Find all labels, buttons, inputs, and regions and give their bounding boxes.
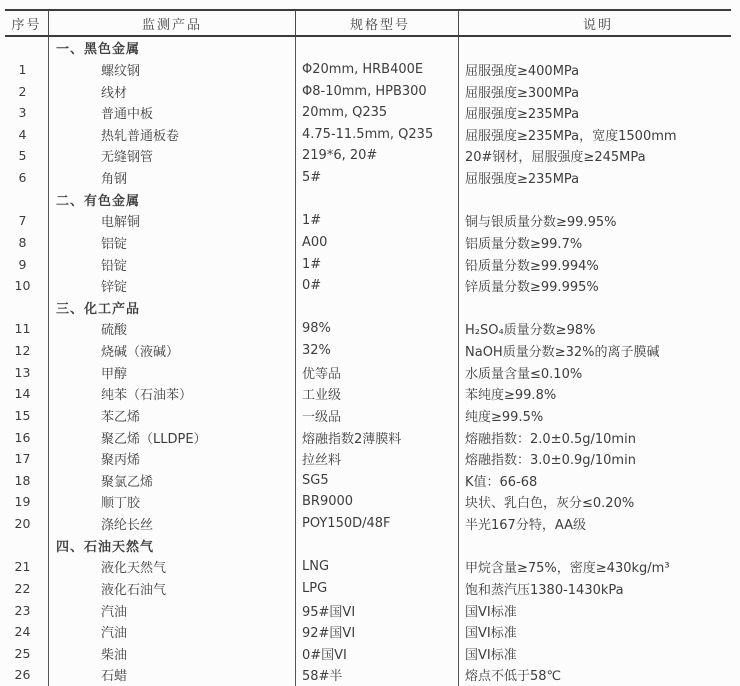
cell-no: 13 <box>5 361 48 383</box>
section-row: 三、化工产品 <box>5 297 731 319</box>
cell-empty <box>295 37 458 59</box>
cell-product: 柴油 <box>48 643 295 665</box>
cell-desc: NaOH质量分数≥32%的离子膜碱 <box>458 340 731 362</box>
section-title: 四、石油天然气 <box>48 534 295 556</box>
cell-spec: 拉丝料 <box>295 448 458 470</box>
cell-product: 聚氯乙烯 <box>48 470 295 492</box>
cell-product: 无缝钢管 <box>48 145 295 167</box>
table-row: 4热轧普通板卷4.75-11.5mm, Q235屈服强度≥235MPa，宽度15… <box>5 124 731 146</box>
table-row: 23汽油95#国VI国VI标准 <box>5 599 731 621</box>
cell-empty <box>295 188 458 210</box>
cell-product: 角钢 <box>48 167 295 189</box>
section-row: 二、有色金属 <box>5 188 731 210</box>
cell-spec: 一级品 <box>295 405 458 427</box>
cell-desc: 熔融指数：2.0±0.5g/10min <box>458 426 731 448</box>
cell-spec: POY150D/48F <box>295 513 458 535</box>
cell-product: 液化天然气 <box>48 556 295 578</box>
table-row: 10锌锭0#锌质量分数≥99.995% <box>5 275 731 297</box>
cell-empty <box>458 297 731 319</box>
cell-empty <box>458 37 731 59</box>
table-row: 20涤纶长丝POY150D/48F半光167分特，AA级 <box>5 513 731 535</box>
cell-empty <box>458 188 731 210</box>
table-row: 22液化石油气LPG饱和蒸汽压1380-1430kPa <box>5 578 731 600</box>
table-row: 9铅锭1#铅质量分数≥99.994% <box>5 253 731 275</box>
cell-desc: 块状、乳白色，灰分≤0.20% <box>458 491 731 513</box>
cell-empty <box>5 297 48 319</box>
cell-empty <box>295 534 458 556</box>
cell-spec: 20mm, Q235 <box>295 102 458 124</box>
cell-no: 26 <box>5 664 48 682</box>
table-row: 26石蜡58#半熔点不低于58℃ <box>5 664 731 682</box>
cell-spec: LPG <box>295 578 458 600</box>
cell-desc: 铅质量分数≥99.994% <box>458 253 731 275</box>
cell-spec: 58#半 <box>295 664 458 682</box>
section-title: 二、有色金属 <box>48 188 295 210</box>
cell-desc: 国VI标准 <box>458 599 731 621</box>
cell-product: 汽油 <box>48 621 295 643</box>
cell-desc: 国VI标准 <box>458 643 731 665</box>
section-row: 四、石油天然气 <box>5 534 731 556</box>
cell-product: 电解铜 <box>48 210 295 232</box>
cell-no: 20 <box>5 513 48 535</box>
cell-no: 17 <box>5 448 48 470</box>
cell-spec: Φ20mm, HRB400E <box>295 59 458 81</box>
cell-desc: 屈服强度≥235MPa，宽度1500mm <box>458 124 731 146</box>
cell-spec: SG5 <box>295 470 458 492</box>
cell-spec: 优等品 <box>295 361 458 383</box>
table-row: 7电解铜1#铜与银质量分数≥99.95% <box>5 210 731 232</box>
table-row: 1螺纹钢Φ20mm, HRB400E屈服强度≥400MPa <box>5 59 731 81</box>
cell-product: 硫酸 <box>48 318 295 340</box>
cell-empty <box>295 297 458 319</box>
cell-product: 涤纶长丝 <box>48 513 295 535</box>
cell-product: 热轧普通板卷 <box>48 124 295 146</box>
table-header-row: 序号 监测产品 规格型号 说明 <box>5 9 731 37</box>
cell-no: 7 <box>5 210 48 232</box>
cell-desc: 苯纯度≥99.8% <box>458 383 731 405</box>
table-row: 21液化天然气LNG甲烷含量≥75%，密度≥430kg/m³ <box>5 556 731 578</box>
cell-product: 聚丙烯 <box>48 448 295 470</box>
cell-desc: 饱和蒸汽压1380-1430kPa <box>458 578 731 600</box>
cell-no: 14 <box>5 383 48 405</box>
table-row: 13甲醇优等品水质量含量≤0.10% <box>5 361 731 383</box>
cell-spec: A00 <box>295 232 458 254</box>
cell-desc: 屈服强度≥235MPa <box>458 102 731 124</box>
cell-empty <box>458 534 731 556</box>
cell-desc: H₂SO₄质量分数≥98% <box>458 318 731 340</box>
cell-desc: 半光167分特，AA级 <box>458 513 731 535</box>
cell-no: 15 <box>5 405 48 427</box>
cell-desc: 甲烷含量≥75%，密度≥430kg/m³ <box>458 556 731 578</box>
cell-spec: 1# <box>295 210 458 232</box>
section-row: 一、黑色金属 <box>5 37 731 59</box>
cell-no: 8 <box>5 232 48 254</box>
cell-no: 2 <box>5 80 48 102</box>
cell-no: 24 <box>5 621 48 643</box>
cell-desc: 锌质量分数≥99.995% <box>458 275 731 297</box>
cell-no: 22 <box>5 578 48 600</box>
cell-spec: 0#国VI <box>295 643 458 665</box>
cell-spec: 0# <box>295 275 458 297</box>
cell-no: 19 <box>5 491 48 513</box>
cell-no: 3 <box>5 102 48 124</box>
table-row: 14纯苯（石油苯）工业级苯纯度≥99.8% <box>5 383 731 405</box>
cell-no: 23 <box>5 599 48 621</box>
cell-spec: 5# <box>295 167 458 189</box>
cell-desc: 屈服强度≥235MPa <box>458 167 731 189</box>
cell-desc: 铝质量分数≥99.7% <box>458 232 731 254</box>
cell-product: 烧碱（液碱） <box>48 340 295 362</box>
table-row: 15苯乙烯一级品纯度≥99.5% <box>5 405 731 427</box>
cell-desc: 屈服强度≥300MPa <box>458 80 731 102</box>
table-row: 6角钢5#屈服强度≥235MPa <box>5 167 731 189</box>
cell-spec: 1# <box>295 253 458 275</box>
cell-desc: 熔点不低于58℃ <box>458 664 731 682</box>
cell-spec: BR9000 <box>295 491 458 513</box>
cell-product: 线材 <box>48 80 295 102</box>
cell-desc: 国VI标准 <box>458 621 731 643</box>
scanned-document-page: 序号 监测产品 规格型号 说明 一、黑色金属1螺纹钢Φ20mm, HRB400E… <box>0 0 740 682</box>
cell-desc: K值：66-68 <box>458 470 731 492</box>
cell-product: 锌锭 <box>48 275 295 297</box>
cell-no: 16 <box>5 426 48 448</box>
cell-empty <box>5 534 48 556</box>
table-row: 19顺丁胶BR9000块状、乳白色，灰分≤0.20% <box>5 491 731 513</box>
cell-no: 12 <box>5 340 48 362</box>
cell-no: 4 <box>5 124 48 146</box>
cell-desc: 水质量含量≤0.10% <box>458 361 731 383</box>
cell-product: 甲醇 <box>48 361 295 383</box>
cell-no: 11 <box>5 318 48 340</box>
table-row: 3普通中板20mm, Q235屈服强度≥235MPa <box>5 102 731 124</box>
section-title: 三、化工产品 <box>48 297 295 319</box>
cell-spec: 工业级 <box>295 383 458 405</box>
cell-product: 螺纹钢 <box>48 59 295 81</box>
cell-no: 18 <box>5 470 48 492</box>
cell-product: 铝锭 <box>48 232 295 254</box>
monitored-products-table: 序号 监测产品 规格型号 说明 一、黑色金属1螺纹钢Φ20mm, HRB400E… <box>5 9 731 682</box>
cell-spec: LNG <box>295 556 458 578</box>
cell-no: 25 <box>5 643 48 665</box>
cell-spec: 32% <box>295 340 458 362</box>
cell-product: 液化石油气 <box>48 578 295 600</box>
table-row: 2线材Φ8-10mm, HPB300屈服强度≥300MPa <box>5 80 731 102</box>
cell-spec: 92#国VI <box>295 621 458 643</box>
cell-desc: 屈服强度≥400MPa <box>458 59 731 81</box>
cell-spec: 98% <box>295 318 458 340</box>
cell-product: 铅锭 <box>48 253 295 275</box>
cell-product: 聚乙烯（LLDPE） <box>48 426 295 448</box>
header-serial-no: 序号 <box>5 11 48 35</box>
cell-product: 纯苯（石油苯） <box>48 383 295 405</box>
cell-desc: 铜与银质量分数≥99.95% <box>458 210 731 232</box>
cell-spec: 4.75-11.5mm, Q235 <box>295 124 458 146</box>
cell-desc: 纯度≥99.5% <box>458 405 731 427</box>
cell-product: 石蜡 <box>48 664 295 682</box>
cell-product: 普通中板 <box>48 102 295 124</box>
cell-spec: 95#国VI <box>295 599 458 621</box>
cell-desc: 20#钢材，屈服强度≥245MPa <box>458 145 731 167</box>
cell-no: 21 <box>5 556 48 578</box>
table-row: 8铝锭A00铝质量分数≥99.7% <box>5 232 731 254</box>
table-row: 12烧碱（液碱）32%NaOH质量分数≥32%的离子膜碱 <box>5 340 731 362</box>
cell-no: 5 <box>5 145 48 167</box>
table-row: 18聚氯乙烯SG5K值：66-68 <box>5 470 731 492</box>
table-row: 24汽油92#国VI国VI标准 <box>5 621 731 643</box>
cell-spec: 219*6, 20# <box>295 145 458 167</box>
cell-spec: Φ8-10mm, HPB300 <box>295 80 458 102</box>
table-row: 25柴油0#国VI国VI标准 <box>5 643 731 665</box>
cell-product: 顺丁胶 <box>48 491 295 513</box>
cell-no: 10 <box>5 275 48 297</box>
cell-no: 6 <box>5 167 48 189</box>
section-title: 一、黑色金属 <box>48 37 295 59</box>
header-description: 说明 <box>458 11 731 35</box>
cell-empty <box>5 37 48 59</box>
header-spec-model: 规格型号 <box>295 11 458 35</box>
table-row: 5无缝钢管219*6, 20#20#钢材，屈服强度≥245MPa <box>5 145 731 167</box>
table-row: 17聚丙烯拉丝料熔融指数：3.0±0.9g/10min <box>5 448 731 470</box>
table-body: 一、黑色金属1螺纹钢Φ20mm, HRB400E屈服强度≥400MPa2线材Φ8… <box>5 37 731 682</box>
cell-empty <box>5 188 48 210</box>
cell-product: 苯乙烯 <box>48 405 295 427</box>
cell-product: 汽油 <box>48 599 295 621</box>
header-product: 监测产品 <box>48 11 295 35</box>
table-row: 16聚乙烯（LLDPE）熔融指数2薄膜料熔融指数：2.0±0.5g/10min <box>5 426 731 448</box>
cell-desc: 熔融指数：3.0±0.9g/10min <box>458 448 731 470</box>
cell-no: 9 <box>5 253 48 275</box>
cell-no: 1 <box>5 59 48 81</box>
table-row: 11硫酸98%H₂SO₄质量分数≥98% <box>5 318 731 340</box>
cell-spec: 熔融指数2薄膜料 <box>295 426 458 448</box>
